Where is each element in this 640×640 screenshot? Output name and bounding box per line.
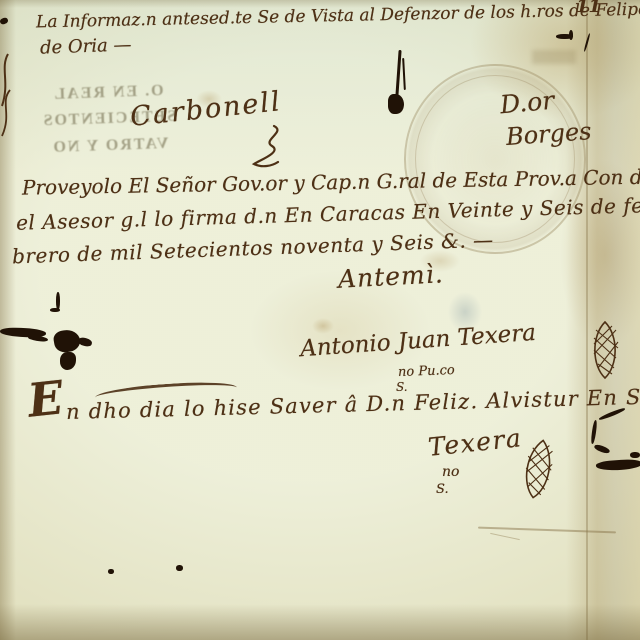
bleedthrough-smudge [532, 50, 576, 64]
ink-mark [50, 308, 60, 312]
ink-blot [388, 94, 404, 114]
manuscript-page: O. EN REAL SETECIENTOS VATRO Y NO 11 La … [0, 0, 640, 640]
ink-stroke [395, 50, 401, 96]
bleedthrough-line: VATRO Y NO [25, 130, 196, 162]
signature-notary: Antonio Juan Texera [299, 320, 536, 362]
marginal-note-line1: La Informaz.n antesed.te Se de Vista al … [36, 0, 640, 32]
notary-office-line1: no [442, 464, 459, 480]
ante-mi: Antemì. [337, 259, 444, 293]
ink-mark [593, 443, 610, 454]
ink-speck [0, 17, 9, 25]
paper-crack [490, 533, 520, 540]
foxing-spot [312, 318, 334, 334]
notary-rubric-lattice [588, 320, 622, 382]
signature-assessor-title: D.or [499, 86, 555, 120]
paper-crack [478, 527, 616, 534]
ink-blot [60, 352, 76, 370]
ink-speck [108, 569, 114, 574]
ink-stroke [402, 58, 406, 90]
ink-blot [77, 336, 93, 347]
signature-notary-short: Texera [427, 423, 524, 462]
ink-speck [176, 565, 183, 571]
ink-stroke [590, 420, 597, 444]
signature-rubric [248, 124, 286, 170]
embossed-seal [404, 64, 586, 254]
ink-mark [630, 452, 640, 458]
ink-stroke [583, 33, 590, 52]
notary-office-line1: no Pu.co [398, 363, 455, 380]
ink-mark [569, 30, 573, 40]
cutoff-flourish [0, 88, 14, 138]
ink-blot [28, 335, 49, 343]
ink-blot [596, 458, 640, 471]
marginal-note-line2: de Oria — [40, 34, 132, 58]
notification-text: n dho dia lo hise Saver â D.n Feliz. Alv… [66, 384, 640, 424]
signature-assessor: Borges [505, 117, 592, 151]
paper-edge-shadow [0, 604, 640, 640]
notification-initial: E [25, 370, 66, 427]
notary-office-line2: S. [436, 482, 449, 497]
